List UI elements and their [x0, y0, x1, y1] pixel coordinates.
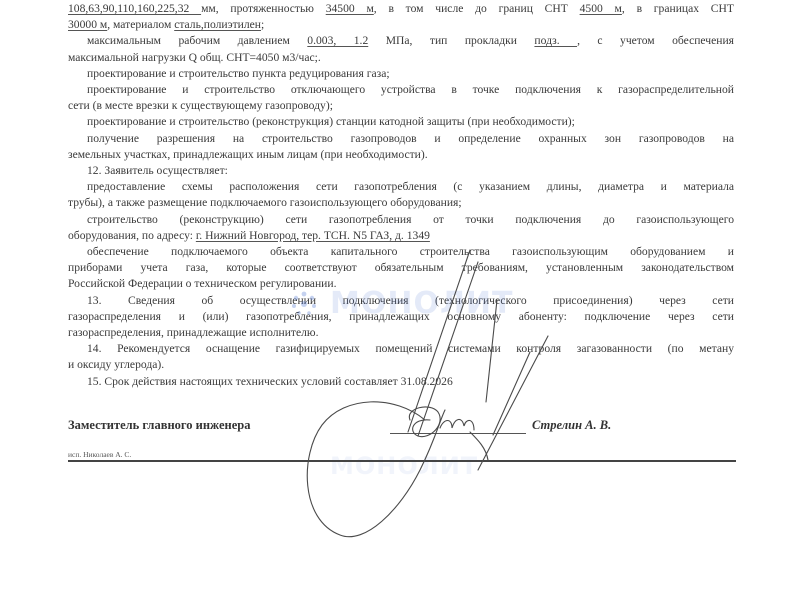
- text-segment: обеспечение подключаемого объекта капита…: [87, 245, 734, 258]
- document-line: предоставление схемы расположения сети г…: [68, 179, 734, 195]
- text-segment: и оксиду углерода).: [68, 358, 164, 371]
- document-line: газораспределения, принадлежащие исполни…: [68, 325, 734, 341]
- document-line: проектирование и строительство отключающ…: [68, 82, 734, 98]
- text-segment: МПа, тип прокладки: [368, 34, 534, 47]
- document-line: земельных участках, принадлежащих иным л…: [68, 147, 734, 163]
- document-line: трубы), а также размещение подключаемого…: [68, 195, 734, 211]
- document-page: 108,63,90,110,160,225,32 мм, протяженнос…: [0, 0, 800, 600]
- text-segment: , материалом: [107, 18, 174, 31]
- document-line: 13. Сведения об осуществлении подключени…: [68, 293, 734, 309]
- document-line: оборудования, по адресу: г. Нижний Новго…: [68, 228, 734, 244]
- text-segment: 14. Рекомендуется оснащение газифицируем…: [87, 342, 734, 355]
- text-segment: проектирование и строительство отключающ…: [87, 83, 734, 96]
- document-line: 108,63,90,110,160,225,32 мм, протяженнос…: [68, 1, 734, 17]
- document-line: сети (в месте врезки к существующему газ…: [68, 98, 734, 114]
- text-segment: , в границах СНТ: [622, 2, 734, 15]
- text-segment: проектирование и строительство (реконстр…: [87, 115, 575, 128]
- document-line: 15. Срок действия настоящих технических …: [68, 374, 734, 390]
- text-segment: оборудования, по адресу:: [68, 229, 196, 242]
- filled-value: 4500 м: [580, 2, 622, 15]
- document-line: максимальной нагрузки Q общ. СНТ=4050 м3…: [68, 50, 734, 66]
- filled-value: 34500 м: [326, 2, 374, 15]
- document-line: проектирование и строительство (реконстр…: [68, 114, 734, 130]
- filled-value: сталь,полиэтилен: [174, 18, 261, 31]
- signature-line: [390, 433, 526, 434]
- filled-value: 30000 м: [68, 18, 107, 31]
- text-segment: строительство (реконструкцию) сети газоп…: [87, 213, 734, 226]
- text-segment: проектирование и строительство пункта ре…: [87, 67, 390, 80]
- text-segment: приборами учета газа, которые соответств…: [68, 261, 734, 274]
- text-segment: 13. Сведения об осуществлении подключени…: [87, 294, 734, 307]
- document-line: 14. Рекомендуется оснащение газифицируем…: [68, 341, 734, 357]
- filled-value: 108,63,90,110,160,225,32: [68, 2, 201, 15]
- document-line: проектирование и строительство пункта ре…: [68, 66, 734, 82]
- text-segment: получение разрешения на строительство га…: [87, 132, 734, 145]
- document-line: и оксиду углерода).: [68, 357, 734, 373]
- text-segment: земельных участках, принадлежащих иным л…: [68, 148, 428, 161]
- watermark-logo-icon: [290, 290, 318, 318]
- text-segment: трубы), а также размещение подключаемого…: [68, 196, 462, 209]
- filled-value: г. Нижний Новгород, тер. ТСН. N5 ГАЗ, д.…: [196, 229, 430, 242]
- document-line: получение разрешения на строительство га…: [68, 131, 734, 147]
- text-segment: предоставление схемы расположения сети г…: [87, 180, 734, 193]
- text-segment: 15. Срок действия настоящих технических …: [87, 375, 453, 388]
- text-segment: максимальной нагрузки Q общ. СНТ=4050 м3…: [68, 51, 321, 64]
- document-line: строительство (реконструкцию) сети газоп…: [68, 212, 734, 228]
- watermark-secondary: МОНОЛИТ: [330, 452, 478, 480]
- text-segment: Российской Федерации о техническом регул…: [68, 277, 336, 290]
- text-segment: мм, протяженностью: [201, 2, 326, 15]
- document-line: 12. Заявитель осуществляет:: [68, 163, 734, 179]
- signatory-name: Стрелин А. В.: [532, 418, 611, 433]
- text-segment: , в том числе до границ СНТ: [374, 2, 580, 15]
- text-segment: газораспределения, принадлежащие исполни…: [68, 326, 318, 339]
- document-line: газораспределения и (или) газопотреблени…: [68, 309, 734, 325]
- signatory-position: Заместитель главного инженера: [68, 418, 250, 433]
- text-segment: максимальным рабочим давлением: [87, 34, 307, 47]
- filled-value: подз.: [534, 34, 577, 47]
- text-segment: , с учетом обеспечения: [577, 34, 734, 47]
- text-segment: сети (в месте врезки к существующему газ…: [68, 99, 333, 112]
- text-segment: газораспределения и (или) газопотреблени…: [68, 310, 734, 323]
- document-line: Российской Федерации о техническом регул…: [68, 276, 734, 292]
- filled-value: 0.003, 1.2: [307, 34, 368, 47]
- document-line: приборами учета газа, которые соответств…: [68, 260, 734, 276]
- footer-rule: [68, 460, 736, 462]
- text-segment: ;: [261, 18, 264, 31]
- document-line: максимальным рабочим давлением 0.003, 1.…: [68, 33, 734, 49]
- executor-note: исп. Николаев А. С.: [68, 450, 131, 459]
- document-line: обеспечение подключаемого объекта капита…: [68, 244, 734, 260]
- text-segment: 12. Заявитель осуществляет:: [87, 164, 228, 177]
- document-line: 30000 м, материалом сталь,полиэтилен;: [68, 17, 734, 33]
